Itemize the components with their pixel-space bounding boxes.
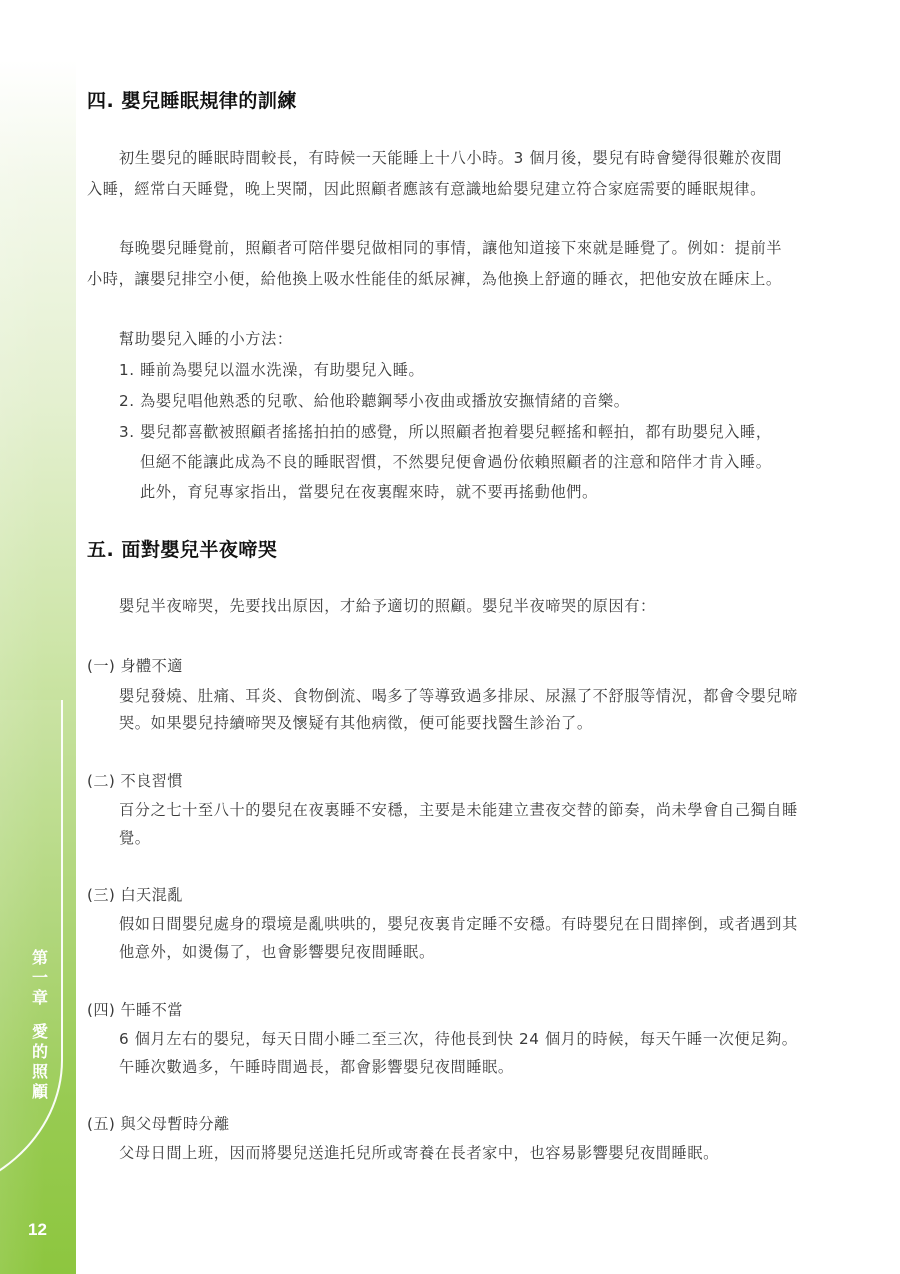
chapter-label: 第 一 章 愛 的 照 顧 [30, 948, 50, 1102]
reason-3-heading: (三) 白天混亂 [87, 884, 183, 905]
chapter-sidebar: 第 一 章 愛 的 照 顧 12 [0, 0, 76, 1274]
chapter-char: 的 [30, 1042, 50, 1062]
reason-4-line1: 6 個月左右的嬰兒，每天日間小睡二至三次，待他長到快 24 個月的時候，每天午睡… [119, 1029, 798, 1049]
reason-2-line1: 百分之七十至八十的嬰兒在夜裏睡不安穩，主要是未能建立晝夜交替的節奏，尚未學會自己… [119, 800, 798, 820]
reason-4-heading: (四) 午睡不當 [87, 999, 183, 1020]
chapter-char: 第 [30, 948, 50, 968]
reason-5-line1: 父母日間上班，因而將嬰兒送進托兒所或寄養在長者家中，也容易影響嬰兒夜間睡眠。 [119, 1143, 719, 1163]
chapter-char: 章 [30, 988, 50, 1008]
chapter-char: 一 [30, 968, 50, 988]
page-number: 12 [28, 1220, 47, 1240]
section-4-para1-line2: 入睡，經常白天睡覺，晚上哭鬧，因此照顧者應該有意識地給嬰兒建立符合家庭需要的睡眠… [87, 179, 766, 199]
reason-2-line2: 覺。 [119, 828, 151, 848]
reason-1-line1: 嬰兒發燒、肚痛、耳炎、食物倒流、喝多了等導致過多排尿、尿濕了不舒服等情況，都會令… [119, 686, 798, 706]
section-5-title: 五. 面對嬰兒半夜啼哭 [87, 535, 277, 562]
tip-item-1: 1. 睡前為嬰兒以溫水洗澡，有助嬰兒入睡。 [119, 360, 424, 380]
tips-heading: 幫助嬰兒入睡的小方法： [119, 329, 293, 349]
tip-item-3-line1: 3. 嬰兒都喜歡被照顧者搖搖拍拍的感覺，所以照顧者抱着嬰兒輕搖和輕拍，都有助嬰兒… [119, 422, 772, 442]
reason-2-heading: (二) 不良習慣 [87, 770, 183, 791]
section-4-title: 四. 嬰兒睡眠規律的訓練 [87, 86, 297, 113]
reason-1-heading: (一) 身體不適 [87, 655, 183, 676]
reason-3-line2: 他意外，如燙傷了，也會影響嬰兒夜間睡眠。 [119, 942, 435, 962]
section-5-intro: 嬰兒半夜啼哭，先要找出原因，才給予適切的照顧。嬰兒半夜啼哭的原因有： [119, 596, 656, 616]
reason-4-line2: 午睡次數過多，午睡時間過長，都會影響嬰兒夜間睡眠。 [119, 1057, 514, 1077]
reason-1-line2: 哭。如果嬰兒持續啼哭及懷疑有其他病徵，便可能要找醫生診治了。 [119, 713, 593, 733]
tip-item-3-line2: 但絕不能讓此成為不良的睡眠習慣，不然嬰兒便會過份依賴照顧者的注意和陪伴才肯入睡。 [140, 452, 772, 472]
tip-item-2: 2. 為嬰兒唱他熟悉的兒歌、給他聆聽鋼琴小夜曲或播放安撫情緒的音樂。 [119, 391, 630, 411]
tip-item-3-line3: 此外，育兒專家指出，當嬰兒在夜裏醒來時，就不要再搖動他們。 [140, 482, 598, 502]
chapter-gap [30, 1008, 50, 1022]
section-4-para2-line2: 小時，讓嬰兒排空小便，給他換上吸水性能佳的紙尿褲，為他換上舒適的睡衣，把他安放在… [87, 269, 782, 289]
reason-3-line1: 假如日間嬰兒處身的環境是亂哄哄的，嬰兒夜裏肯定睡不安穩。有時嬰兒在日間摔倒，或者… [119, 914, 798, 934]
reason-5-heading: (五) 與父母暫時分離 [87, 1113, 230, 1134]
section-4-para1-line1: 初生嬰兒的睡眠時間較長，有時候一天能睡上十八小時。3 個月後，嬰兒有時會變得很難… [119, 148, 782, 168]
chapter-char: 愛 [30, 1022, 50, 1042]
chapter-char: 顧 [30, 1082, 50, 1102]
section-4-para2-line1: 每晚嬰兒睡覺前，照顧者可陪伴嬰兒做相同的事情，讓他知道接下來就是睡覺了。例如：提… [119, 238, 782, 258]
chapter-char: 照 [30, 1062, 50, 1082]
